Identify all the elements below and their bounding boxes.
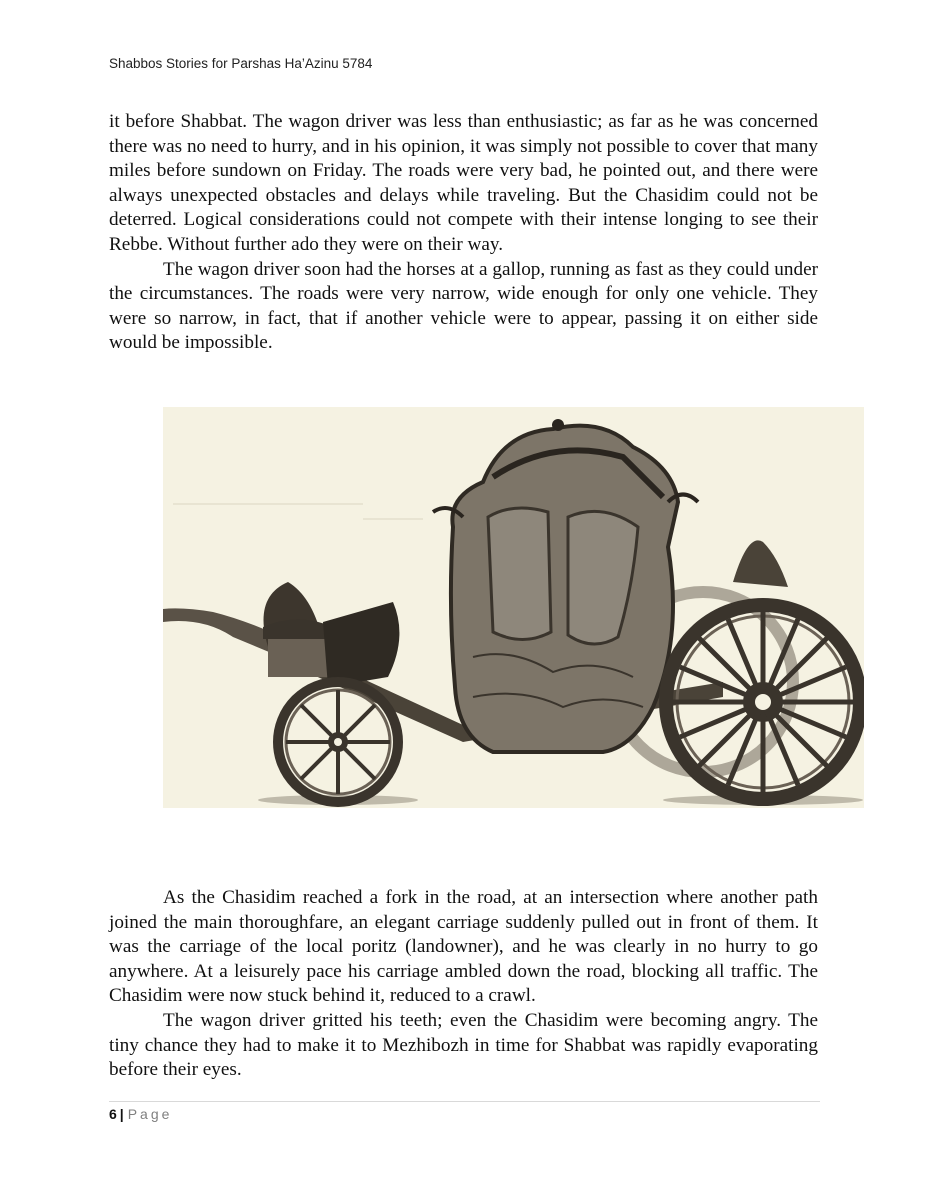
- carriage-illustration: [163, 407, 864, 808]
- footer-separator: |: [120, 1106, 124, 1122]
- paragraph: The wagon driver gritted his teeth; even…: [109, 1009, 818, 1083]
- page-footer: 6|Page: [109, 1106, 172, 1122]
- footer-divider: [109, 1101, 820, 1102]
- paragraph: it before Shabbat. The wagon driver was …: [109, 110, 818, 258]
- page-label: Page: [128, 1106, 173, 1122]
- carriage-engraving-icon: [163, 407, 864, 808]
- paragraph: The wagon driver soon had the horses at …: [109, 258, 818, 356]
- body-text-top: it before Shabbat. The wagon driver was …: [109, 110, 818, 356]
- paragraph: As the Chasidim reached a fork in the ro…: [109, 886, 818, 1009]
- body-text-bottom: As the Chasidim reached a fork in the ro…: [109, 886, 818, 1083]
- page-number: 6: [109, 1106, 117, 1122]
- running-header: Shabbos Stories for Parshas Ha’Azinu 578…: [109, 56, 372, 71]
